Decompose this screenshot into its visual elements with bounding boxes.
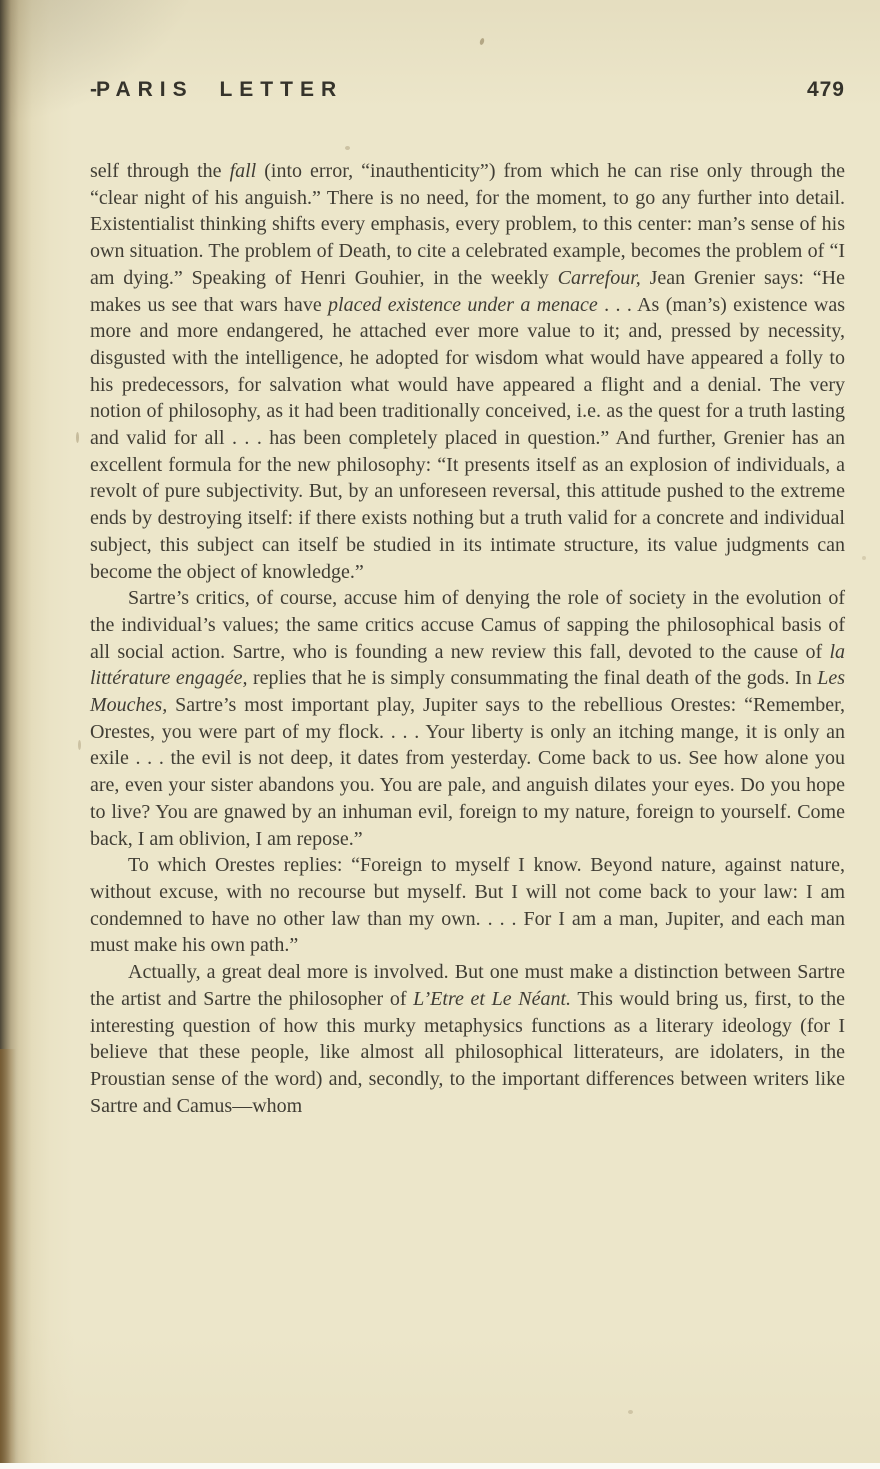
text-block: self through the fall (into error, “inau…: [90, 158, 845, 1119]
text-run: replies that he is simply consummating t…: [248, 667, 818, 689]
text-run: self through the: [90, 160, 230, 182]
paragraph: Actually, a great deal more is involved.…: [90, 959, 845, 1119]
page-number: 479: [807, 78, 845, 102]
photo-bottom-edge: [0, 1463, 880, 1469]
italic-text-run: placed existence under a menace: [328, 294, 598, 316]
italic-text-run: fall: [230, 160, 257, 182]
text-run: Sartre’s critics, of course, accuse him …: [90, 587, 845, 662]
running-title-text: PARIS LETTER: [96, 78, 343, 101]
paragraph: To which Orestes replies: “Foreign to my…: [90, 852, 845, 959]
scanned-book-page: -PARIS LETTER 479 self through the fall …: [0, 0, 880, 1469]
paragraph: self through the fall (into error, “inau…: [90, 158, 845, 585]
italic-text-run: Carrefour,: [558, 267, 641, 289]
paragraph: Sartre’s critics, of course, accuse him …: [90, 585, 845, 852]
page-header: -PARIS LETTER 479: [90, 78, 845, 102]
italic-text-run: L’Etre et Le Néant.: [413, 988, 571, 1010]
running-title: -PARIS LETTER: [90, 78, 343, 102]
text-run: Sartre’s most important play, Jupiter sa…: [90, 694, 845, 850]
page-content: -PARIS LETTER 479 self through the fall …: [0, 0, 880, 1119]
text-run: To which Orestes replies: “Foreign to my…: [90, 854, 845, 956]
text-run: . . . As (man’s) existence was more and …: [90, 294, 845, 583]
paper-speck: [628, 1410, 633, 1414]
